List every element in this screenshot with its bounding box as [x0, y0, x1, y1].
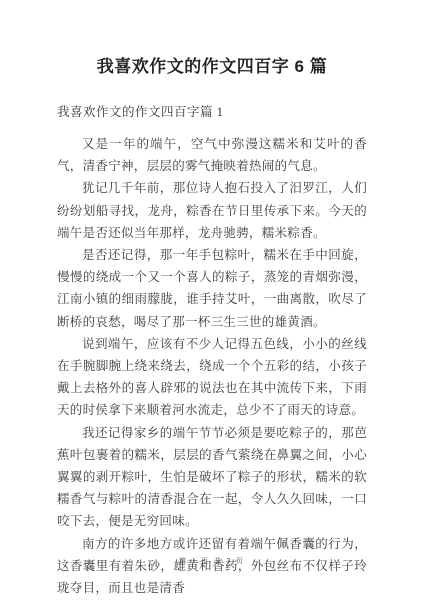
section-heading: 我喜欢作文的作文四百字篇 1: [57, 104, 367, 120]
document-title: 我喜欢作文的作文四百字 6 篇: [57, 56, 367, 78]
document-page: 我喜欢作文的作文四百字 6 篇 我喜欢作文的作文四百字篇 1 又是一年的端午，空…: [0, 0, 424, 600]
essay-paragraph: 我还记得家乡的端午节节必须是要吃粽子的，那芭蕉叶包裹着的糯米，层层的香气萦绕在鼻…: [57, 422, 367, 533]
essay-paragraph: 犹记几千年前，那位诗人抱石投入了汨罗江，人们纷纷划船寻找，龙舟，粽香在节日里传承…: [57, 177, 367, 244]
essay-paragraph: 是否还记得，那一年手包粽叶，糯米在手中回旋，慢慢的绕成一个又一个喜人的粽子，蒸笼…: [57, 244, 367, 333]
page-number-footer: 第 1 页 共 7 页: [0, 556, 424, 566]
essay-paragraph: 说到端午，应该有不少人记得五色线，小小的丝线在手腕脚腕上绕来绕去，绕成一个个五彩…: [57, 333, 367, 422]
essay-body: 又是一年的端午，空气中弥漫这糯米和艾叶的香气，清香宁神，层层的雾气掩映着热闹的气…: [57, 133, 367, 599]
essay-paragraph: 又是一年的端午，空气中弥漫这糯米和艾叶的香气，清香宁神，层层的雾气掩映着热闹的气…: [57, 133, 367, 177]
